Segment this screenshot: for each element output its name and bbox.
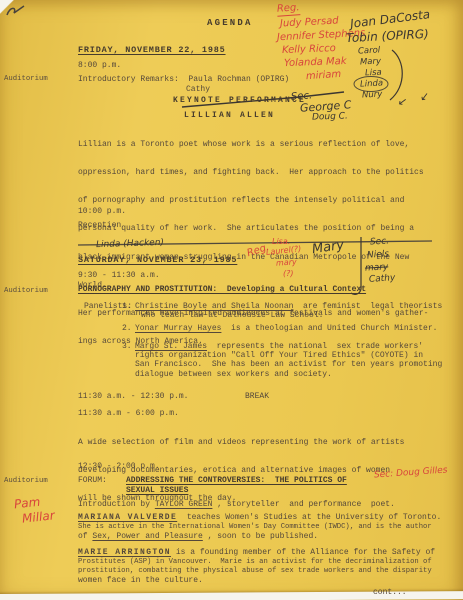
handwritten-name: Niels — [367, 250, 389, 260]
margin-label-auditorium-2: Auditorium — [4, 287, 48, 296]
pen-bracket-names — [390, 50, 402, 100]
speaker-1-desc: teaches Women's Studies at the Universit… — [177, 513, 441, 522]
forum-label: FORUM: — [78, 476, 107, 485]
panelist-3-line-4: dialogue between sex workers and society… — [135, 370, 332, 379]
saturday-date-heading: SATURDAY, NOVEMBER 23, 1985 — [78, 256, 237, 265]
film-line: A wide selection of film and videos repr… — [78, 438, 404, 447]
arrow-down-left-icon: ↙ — [397, 95, 408, 107]
bio-line: personal quality of her work. She articu… — [78, 224, 428, 233]
panelist-1-number: 1. — [122, 302, 132, 311]
handwritten-note: (?) — [283, 270, 294, 278]
friday-date-heading: FRIDAY, NOVEMBER 22, 1985 — [78, 46, 226, 55]
page-title: AGENDA — [207, 19, 253, 28]
speaker-1-line-1: MARIANA VALVERDE teaches Women's Studies… — [78, 513, 441, 522]
arrow-down-left-icon: ↙ — [419, 90, 430, 102]
film-time: 11:30 a.m - 6:00 p.m. — [78, 409, 179, 418]
handwritten-sec-label: Sec. — [370, 238, 390, 248]
handwritten-name: Tobin (OPIRG) — [346, 28, 429, 44]
speaker-2-desc: is a founding member of the Alliance for… — [171, 548, 435, 557]
handwritten-name: Nury — [362, 90, 383, 100]
forum-intro-line: Introduction by TAYLOR GREEN , storytell… — [78, 500, 395, 509]
taylor-green-name: TAYLOR GREEN — [155, 500, 213, 509]
panelist-3-desc: represents the national sex trade worker… — [207, 342, 423, 351]
handwritten-name: Carol — [358, 46, 381, 56]
mariana-valverde-name: MARIANA VALVERDE — [78, 513, 177, 522]
friday-time: 8:00 p.m. — [78, 61, 121, 70]
intro-remarks-line: Introductory Remarks: Paula Rochman (OPI… — [78, 75, 289, 84]
panelist-2-line-1: Yonar Murray Hayes is a theologian and U… — [135, 324, 437, 333]
book-title: Sex, Power and Pleasure — [92, 532, 202, 541]
speaker-1-line-3: of Sex, Power and Pleasure , soon to be … — [78, 532, 318, 541]
panelist-1-line-1: Christine Boyle and Sheila Noonan are fe… — [135, 302, 442, 311]
friday-time-2: 10:00 p.m. — [78, 207, 126, 216]
panelist-1-line-2: who teach law at Dalhousie Law School. — [141, 311, 323, 320]
panelist-3-line-1: Margo St. James represents the national … — [135, 342, 423, 351]
handwritten-name: miriam — [306, 70, 342, 82]
handwritten-name: Cathy — [369, 274, 396, 285]
handwritten-name: Pam — [13, 496, 40, 511]
bio-line: oppression, hard times, and fighting bac… — [78, 168, 428, 177]
handwritten-name: Linda — [360, 79, 384, 89]
speaker-2-line-1: MARIE ARRINGTON is a founding member of … — [78, 548, 435, 557]
break-label: BREAK — [245, 392, 269, 401]
bio-line: Lillian is a Toronto poet whose work is … — [78, 140, 428, 149]
handwritten-name: mary — [276, 258, 297, 267]
handwritten-reg-heading: Reg. — [277, 3, 300, 17]
book-post-text: , soon to be published. — [203, 532, 318, 541]
speaker-2-line-2: Prostitutes (ASP) in Vancouver. Marie is… — [78, 558, 432, 567]
panelist-3-name: Margo St. James — [135, 342, 207, 351]
handwritten-name: Doug C. — [312, 112, 348, 122]
continued-label: cont... — [373, 588, 407, 597]
break-time: 11:30 a.m. - 12:30 p.m. — [78, 392, 188, 401]
page-corner-fold — [0, 0, 18, 18]
keynote-performer: LILLIAN ALLEN — [184, 111, 275, 120]
handwritten-name: Millar — [21, 509, 55, 524]
handwritten-name: Kelly Ricco — [282, 44, 336, 56]
panelist-2-name: Yonar Murray Hayes — [135, 324, 221, 333]
margin-label-auditorium-3: Auditorium — [4, 477, 48, 486]
saturday-session-time: 9:30 - 11:30 a.m. — [78, 271, 160, 280]
panelist-2-number: 2. — [122, 324, 132, 333]
intro-remarks-cathy: Cathy — [186, 85, 210, 94]
handwritten-name-crossed-out: mary — [365, 263, 389, 273]
panelist-1-desc: are feminist legal theorists — [293, 302, 442, 311]
keynote-heading: KEYNOTE PERFORMANCE — [173, 96, 306, 105]
panelist-1-name: Christine Boyle and Sheila Noonan — [135, 302, 293, 311]
forum-time: 12:30 - 2:00 p.m. — [78, 462, 160, 471]
forum-title-line-1: ADDRESSING THE CONTROVERSIES: THE POLITI… — [126, 476, 347, 485]
marie-arrington-name: MARIE ARRINGTON — [78, 548, 171, 557]
session-title: PORNOGRAPHY AND PROSTITUTION: Developing… — [78, 285, 366, 294]
handwritten-name: Mary — [360, 57, 381, 67]
handwritten-name: Judy Persad — [280, 16, 339, 29]
book-pre-text: of — [78, 532, 92, 541]
speaker-2-line-3: prostitution, combatting the physical ab… — [78, 567, 432, 576]
handwritten-name: Lisa — [365, 69, 382, 78]
panelist-3-line-2: rights organization "Call Off Your Tired… — [135, 351, 423, 360]
margin-label-auditorium-1: Auditorium — [4, 75, 48, 84]
panelist-2-desc: is a theologian and United Church Minist… — [221, 324, 437, 333]
reception-label: Reception — [78, 221, 121, 230]
intro-rest-text: , storyteller and performance poet. — [212, 500, 394, 509]
forum-title-line-2: SEXUAL ISSUES — [126, 486, 188, 495]
handwritten-name: Yolanda Mak — [284, 57, 347, 69]
panelist-3-line-3: San Francisco. She has been an activist … — [135, 360, 442, 369]
intro-by-text: Introduction by — [78, 500, 155, 509]
speaker-2-line-4: women face in the culture. — [78, 576, 203, 585]
speaker-1-line-2: She is active in the International Women… — [78, 523, 432, 532]
panelist-3-number: 3. — [122, 342, 132, 351]
bio-line: of pornography and prostitution reflects… — [78, 196, 428, 205]
scanned-agenda-page: AGENDA FRIDAY, NOVEMBER 22, 1985 8:00 p.… — [0, 0, 463, 600]
